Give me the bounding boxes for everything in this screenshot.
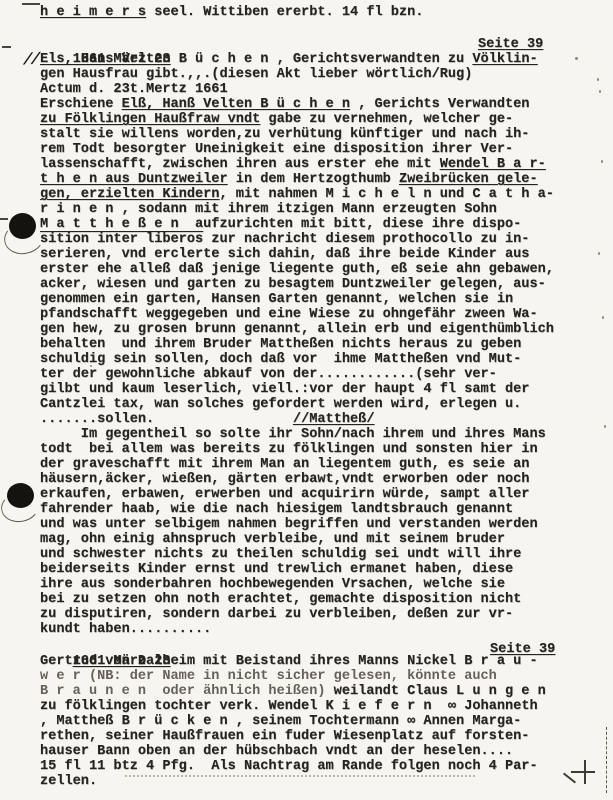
- text-line: schuldig sein sollen, doch daß vor ihme …: [40, 352, 554, 367]
- text-line: t h e n aus Duntzweiler in dem Hertzogth…: [40, 172, 554, 187]
- text-line: zu Fölklingen Haußfraw vndt gabe zu vern…: [40, 112, 554, 127]
- text-segment: ihre aus sonderbahren hochbewegenden Vrs…: [40, 577, 505, 592]
- entry-body: Gertrud von Dalheim mit Beistand ihres M…: [40, 654, 546, 789]
- stray-pen-tick: [563, 773, 576, 784]
- text-segment: acker, wiesen und garten zu besagtem Dun…: [40, 277, 546, 292]
- text-segment: gen Hausfrau gibt.,,.(diesen Akt lieber …: [40, 67, 472, 82]
- text-line: Gertrud von Dalheim mit Beistand ihres M…: [40, 654, 546, 669]
- text-segment: gen hew, zu grosen brunn genannt, allein…: [40, 322, 554, 337]
- text-line: zu disputiren, sondern darbei zu verblei…: [40, 607, 554, 622]
- text-segment: und schwester nichts zu theilen schuldig…: [40, 547, 521, 562]
- text-line: ihre aus sonderbahren hochbewegenden Vrs…: [40, 577, 554, 592]
- text-segment: sition inter liberos: [40, 232, 203, 247]
- text-segment: hauser Bann oben an der hübschbach vndt …: [40, 744, 513, 759]
- text-segment: behalten und ihrem Bruder Mattheßen nich…: [40, 337, 521, 352]
- text-segment: mag, ohn einig ahnspruch verbleibe, und …: [40, 532, 505, 547]
- text-line: genommen ein garten, Hansen Garten genan…: [40, 292, 554, 307]
- text-segment: gilbt und kaum leserlich, viell.:vor der…: [40, 382, 529, 397]
- ink-speck: [599, 90, 601, 93]
- text-segment: rethen, seiner Haußfrauen ein fuder Wies…: [40, 729, 529, 744]
- text-segment: Elß, Hanß Velten B ü c h e n: [122, 97, 350, 112]
- text-segment: stalt sie willens worden,zu verhütung kü…: [40, 127, 529, 142]
- text-segment: erster ehe alleß daß jenige liegente gut…: [40, 262, 554, 277]
- text-segment: rem Todt besorgter Uneinigkeit eine disp…: [40, 142, 513, 157]
- text-segment: Völklin-: [472, 52, 537, 67]
- text-segment: ter der gewohnliche abkauf von der......…: [40, 367, 497, 382]
- text-segment: .......sollen.: [40, 412, 154, 427]
- text-segment: pfandschafft weggegeben und eine Wiese z…: [40, 307, 538, 322]
- text-segment: serieren, vnd erclerte sich dahin, daß i…: [40, 247, 529, 262]
- ink-speck: [597, 78, 599, 81]
- entry-body: Els, Hans Velten B ü c h e n , Gerichtsv…: [40, 52, 554, 637]
- margin-dashed-line: [606, 727, 607, 793]
- text-line: sition inter liberos zur nachricht diese…: [40, 232, 554, 247]
- text-segment: gen, erzielten Kindern: [40, 187, 219, 202]
- text-segment: schuldig sein sollen, doch daß vor ihme …: [40, 352, 521, 367]
- text-segment: zellen.: [40, 774, 97, 789]
- text-segment: Erschiene: [40, 97, 122, 112]
- text-line: gilbt und kaum leserlich, viell.:vor der…: [40, 382, 554, 397]
- text-segment: w e r (NB: der Name in nicht sicher gele…: [40, 669, 497, 684]
- text-line: Erschiene Elß, Hanß Velten B ü c h e n ,…: [40, 97, 554, 112]
- text-segment: und was unter selbigem nahmen begriffen …: [40, 517, 538, 532]
- page-number-label: Seite 39: [478, 37, 543, 52]
- ink-speck: [575, 57, 578, 60]
- text-segment: h e i m e r s: [40, 5, 146, 20]
- text-segment: häusern,äcker, wießen, gärten erbawt,vnd…: [40, 472, 529, 487]
- text-segment: , Mattheß B r ü c k e n , seinem Tochter…: [40, 714, 521, 729]
- text-line: gen, erzielten Kindern, mit nahmen M i c…: [40, 187, 554, 202]
- text-line: mag, ohn einig ahnspruch verbleibe, und …: [40, 532, 554, 547]
- text-segment: in dem Hertzogthumb: [228, 172, 399, 187]
- text-segment: [154, 412, 293, 427]
- text-line: und schwester nichts zu theilen schuldig…: [40, 547, 554, 562]
- text-segment: Im gegentheil so solte ihr Sohn/nach ihr…: [40, 427, 546, 442]
- text-line: r i n e n , sodann mit ihrem itzigen Man…: [40, 202, 554, 217]
- text-line: 15 fl 11 btz 4 Pfg. Als Nachtrag am Rand…: [40, 759, 546, 774]
- text-segment: , mit nahmen M i c h e l n und C a t h a…: [219, 187, 553, 202]
- text-line: .......sollen. //Mattheß/: [40, 412, 554, 427]
- text-segment: kundt haben..........: [40, 622, 211, 637]
- text-line: beiderseits Kinder ernst und trewlich er…: [40, 562, 554, 577]
- text-line: fahrender haab, wie die nach hiesigem la…: [40, 502, 554, 517]
- text-line: rem Todt besorgter Uneinigkeit eine disp…: [40, 142, 554, 157]
- text-segment: bei zu setzen ohn noth erachtet, gemacht…: [40, 592, 521, 607]
- stray-pen-dash: [0, 218, 8, 220]
- stray-pen-dash: [22, 3, 40, 5]
- text-line: B r a u n e n oder ähnlich heißen) weila…: [40, 684, 546, 699]
- carryover-text-fragment: h e i m e r s seel. Wittiben ererbt. 14 …: [40, 5, 423, 20]
- registration-cross: [571, 771, 595, 773]
- text-line: , Mattheß B r ü c k e n , seinem Tochter…: [40, 714, 546, 729]
- text-line: Actum d. 23t.Mertz 1661: [40, 82, 554, 97]
- ink-speck: [604, 425, 606, 428]
- text-segment: t h e n aus Duntzweiler: [40, 172, 228, 187]
- text-segment: , Gerichts Verwandten: [350, 97, 529, 112]
- text-line: M a t t h e ß e n aufzurichten mit bitt,…: [40, 217, 554, 232]
- text-segment: beiderseits Kinder ernst und trewlich er…: [40, 562, 513, 577]
- text-line: gen Hausfrau gibt.,,.(diesen Akt lieber …: [40, 67, 554, 82]
- text-line: todt bei allem was bereits zu fölklingen…: [40, 442, 554, 457]
- text-segment: zu Fölklingen Haußfraw vndt: [40, 112, 260, 127]
- text-line: kundt haben..........: [40, 622, 554, 637]
- entry-header: 1661 März 23 Seite 39: [40, 639, 580, 654]
- scanned-typescript-page: h e i m e r s seel. Wittiben ererbt. 14 …: [0, 0, 613, 800]
- text-line: erkaufen, erbawen, erwerben und acquirir…: [40, 487, 554, 502]
- text-segment: Hans Velten B ü c h e n , Gerichtsverwan…: [73, 52, 473, 67]
- text-line: häusern,äcker, wießen, gärten erbawt,vnd…: [40, 472, 554, 487]
- ink-speck: [90, 365, 92, 367]
- ink-speck: [602, 316, 604, 319]
- text-segment: Wendel B a r-: [440, 157, 546, 172]
- text-line: gen hew, zu grosen brunn genannt, allein…: [40, 322, 554, 337]
- text-line: erster ehe alleß daß jenige liegente gut…: [40, 262, 554, 277]
- text-segment: fahrender haab, wie die nach hiesigem la…: [40, 502, 513, 517]
- text-line: h e i m e r s seel. Wittiben ererbt. 14 …: [40, 5, 423, 20]
- text-segment: lassenschafft, zwischen ihren aus erster…: [40, 157, 440, 172]
- text-segment: genommen ein garten, Hansen Garten genan…: [40, 292, 513, 307]
- text-segment: gabe zu vernehmen, welcher ge-: [260, 112, 513, 127]
- ink-speck: [601, 160, 603, 163]
- text-line: hauser Bann oben an der hübschbach vndt …: [40, 744, 546, 759]
- text-segment: //Mattheß/: [293, 412, 375, 427]
- text-segment: weilandt Claus L u n g e n: [326, 684, 546, 699]
- text-line: Els, Hans Velten B ü c h e n , Gerichtsv…: [40, 52, 554, 67]
- text-segment: seel. Wittiben ererbt. 14 fl bzn.: [146, 5, 423, 20]
- text-segment: erkaufen, erbawen, erwerben und acquirir…: [40, 487, 529, 502]
- text-line: pfandschafft weggegeben und eine Wiese z…: [40, 307, 554, 322]
- text-segment: todt bei allem was bereits zu fölklingen…: [40, 442, 538, 457]
- text-line: acker, wiesen und garten zu besagtem Dun…: [40, 277, 554, 292]
- text-line: serieren, vnd erclerte sich dahin, daß i…: [40, 247, 554, 262]
- text-segment: zur nachricht diesem prothocollo zu in-: [203, 232, 529, 247]
- text-line: und was unter selbigem nahmen begriffen …: [40, 517, 554, 532]
- text-segment: B r a u n e n oder ähnlich heißen): [40, 684, 326, 699]
- text-segment: Actum d. 23t.Mertz 1661: [40, 82, 228, 97]
- text-line: ter der gewohnliche abkauf von der......…: [40, 367, 554, 382]
- text-segment: r i n e n , sodann mit ihrem itzigen Man…: [40, 202, 497, 217]
- text-line: w e r (NB: der Name in nicht sicher gele…: [40, 669, 546, 684]
- text-line: der graveschafft mit ihrem Man an liegen…: [40, 457, 554, 472]
- stray-pen-dash: [2, 46, 11, 48]
- text-segment: 15 fl 11 btz 4 Pfg. Als Nachtrag am Rand…: [40, 759, 538, 774]
- text-line: behalten und ihrem Bruder Mattheßen nich…: [40, 337, 554, 352]
- text-segment: zu fölklingen tochter verk. Wendel K i e…: [40, 699, 448, 714]
- text-line: zu fölklingen tochter verk. Wendel K i e…: [40, 699, 546, 714]
- text-segment: zu disputiren, sondern darbei zu verblei…: [40, 607, 513, 622]
- text-line: bei zu setzen ohn noth erachtet, gemacht…: [40, 592, 554, 607]
- text-line: Im gegentheil so solte ihr Sohn/nach ihr…: [40, 427, 554, 442]
- text-segment: Els,: [40, 52, 73, 67]
- text-segment: Johanneth: [456, 699, 538, 714]
- entry-header: 1661 März 23 Seite 39: [40, 37, 580, 52]
- text-line: rethen, seiner Haußfrauen ein fuder Wies…: [40, 729, 546, 744]
- text-segment: der graveschafft mit ihrem Man an liegen…: [40, 457, 529, 472]
- margin-insertion-mark: //: [21, 50, 40, 69]
- text-segment: M a t t h e ß e n aufzurichten mit bitt,…: [40, 217, 521, 232]
- text-line: lassenschafft, zwischen ihren aus erster…: [40, 157, 554, 172]
- faint-dotted-line: [125, 775, 475, 777]
- text-segment: Cantzlei tax, wan solches gefordert werd…: [40, 397, 521, 412]
- text-segment: ∞: [448, 699, 456, 714]
- ink-speck: [598, 252, 600, 255]
- text-segment: Zweibrücken gele-: [399, 172, 538, 187]
- registration-cross: [584, 760, 586, 784]
- text-segment: Gertrud von Dalheim mit Beistand ihres M…: [40, 654, 538, 669]
- text-line: stalt sie willens worden,zu verhütung kü…: [40, 127, 554, 142]
- text-line: Cantzlei tax, wan solches gefordert werd…: [40, 397, 554, 412]
